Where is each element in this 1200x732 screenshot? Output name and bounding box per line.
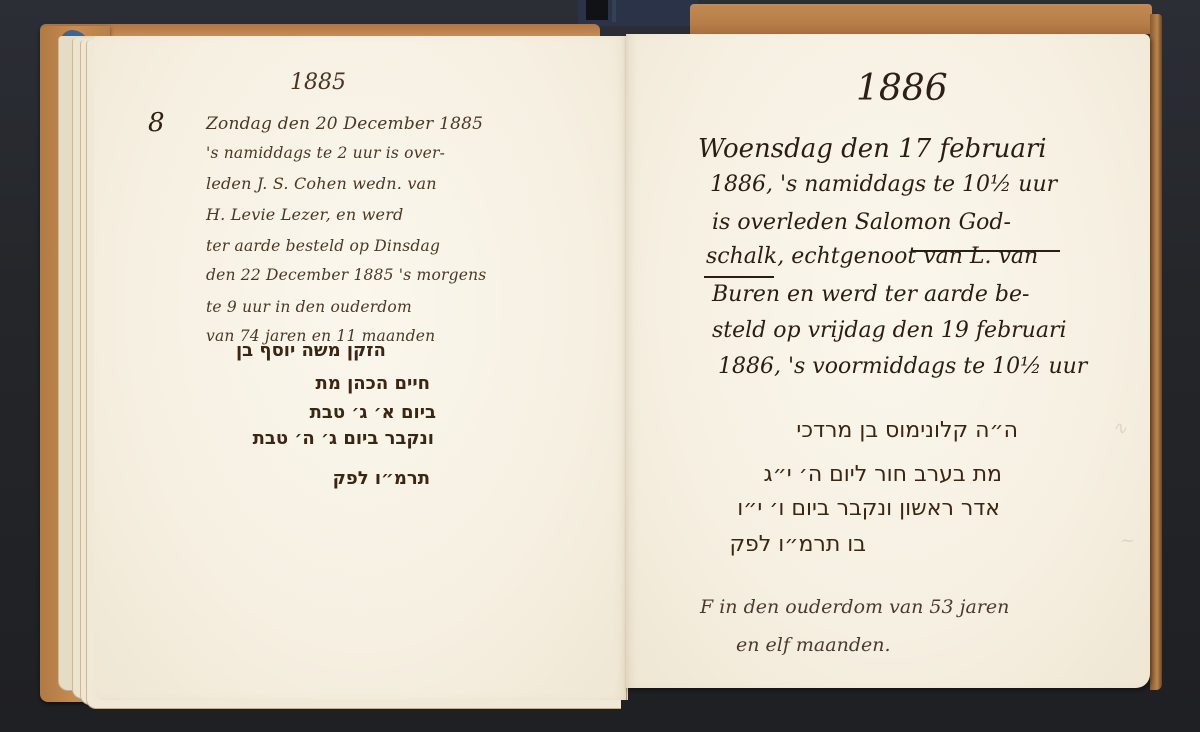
name-underline [704, 276, 774, 278]
ink-bleed-through: ~ [1120, 530, 1135, 551]
right-entry-line: steld op vrijdag den 19 februari [712, 318, 1067, 343]
left-hebrew-line: תרמ״ו לפק [280, 468, 430, 489]
right-footer-line: en elf maanden. [736, 634, 891, 656]
left-entry-line: leden J. S. Cohen wedn. van [206, 174, 437, 193]
left-hebrew-line: ונקבר ביום ג׳ ה׳ טבת [190, 428, 434, 449]
left-hebrew-line: חיים הכהן מת [240, 373, 430, 394]
right-entry-line: 1886, 's namiddags te 10½ uur [710, 172, 1057, 197]
ink-bleed-through: ∿ [1112, 418, 1127, 439]
left-page [94, 36, 628, 700]
background-object [578, 0, 698, 26]
right-entry-line: Buren en werd ter aarde be- [712, 282, 1029, 307]
right-entry-line: 1886, 's voormiddags te 10½ uur [718, 354, 1087, 379]
left-entry-line: H. Levie Lezer, en werd [206, 205, 404, 224]
left-entry-line: te 9 uur in den ouderdom [206, 298, 412, 316]
right-hebrew-line: אדר ראשון ונקבר ביום ו׳ י״ו [690, 496, 1000, 521]
left-margin-mark: 8 [148, 108, 165, 138]
right-footer-line: F in den ouderdom van 53 jaren [700, 596, 1009, 618]
right-hebrew-line: ה״ה קלונימוס בן מרדכי [696, 418, 1018, 443]
name-underline [912, 250, 1060, 252]
right-hebrew-line: בו תרמ״ו לפק [716, 532, 866, 557]
right-page-year-heading: 1886 [856, 68, 948, 109]
right-hebrew-line: מת בערב חור ליום ה׳ י״ג [712, 462, 1002, 487]
left-entry-line: 's namiddags te 2 uur is over- [206, 144, 445, 162]
right-entry-line: Woensdag den 17 februari [698, 134, 1047, 164]
book-cover-right-edge [1150, 14, 1162, 690]
left-hebrew-line: הזקן משה יוסף בן [236, 340, 456, 361]
left-entry-line: ter aarde besteld op Dinsdag [206, 237, 440, 255]
left-page-year-heading: 1885 [290, 70, 346, 95]
left-entry-line: Zondag den 20 December 1885 [206, 114, 483, 134]
right-entry-line: schalk, echtgenoot van L. van [706, 244, 1038, 269]
right-entry-line: is overleden Salomon God- [712, 210, 1011, 235]
left-hebrew-line: ביום א׳ ג׳ טבת [236, 402, 436, 423]
photo-scene: 1885 8 Zondag den 20 December 1885 's na… [0, 0, 1200, 732]
book-cover-top-right [690, 4, 1152, 34]
left-entry-line: den 22 December 1885 's morgens [206, 266, 486, 284]
